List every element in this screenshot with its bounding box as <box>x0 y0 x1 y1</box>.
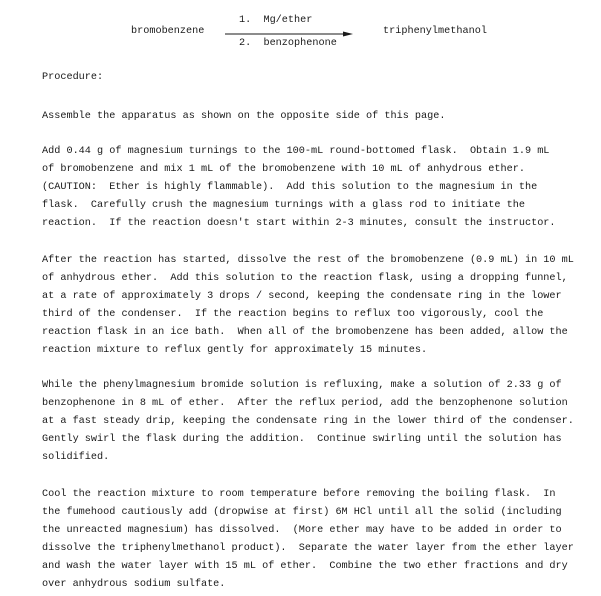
product-label: triphenylmethanol <box>383 26 487 37</box>
text-line: of bromobenzene and mix 1 mL of the brom… <box>42 161 597 179</box>
paragraph-add-magnesium: Add 0.44 g of magnesium turnings to the … <box>42 143 597 233</box>
text-line: Gently swirl the flask during the additi… <box>42 431 597 449</box>
text-line: at a fast steady drip, keeping the conde… <box>42 413 597 431</box>
reagent-step-2: 2. benzophenone <box>239 38 337 49</box>
text-line: the unreacted magnesium) has dissolved. … <box>42 522 597 540</box>
text-line: Add 0.44 g of magnesium turnings to the … <box>42 143 597 161</box>
text-line: reaction mixture to reflux gently for ap… <box>42 342 597 360</box>
reagent-step-1: 1. Mg/ether <box>239 15 312 26</box>
paragraph-assemble: Assemble the apparatus as shown on the o… <box>42 108 597 126</box>
text-line: While the phenylmagnesium bromide soluti… <box>42 377 597 395</box>
procedure-heading: Procedure: <box>42 72 103 83</box>
text-line: After the reaction has started, dissolve… <box>42 252 597 270</box>
text-line: (CAUTION: Ether is highly flammable). Ad… <box>42 179 597 197</box>
paragraph-workup: Cool the reaction mixture to room temper… <box>42 486 597 594</box>
text-line: Cool the reaction mixture to room temper… <box>42 486 597 504</box>
text-line: of anhydrous ether. Add this solution to… <box>42 270 597 288</box>
text-line: benzophenone in 8 mL of ether. After the… <box>42 395 597 413</box>
text-line: third of the condenser. If the reaction … <box>42 306 597 324</box>
text-line: Assemble the apparatus as shown on the o… <box>42 108 597 126</box>
reactant-label: bromobenzene <box>131 26 204 37</box>
reaction-scheme: bromobenzene 1. Mg/ether 2. benzophenone… <box>0 0 601 50</box>
text-line: solidified. <box>42 449 597 467</box>
text-line: the fumehood cautiously add (dropwise at… <box>42 504 597 522</box>
text-line: at a rate of approximately 3 drops / sec… <box>42 288 597 306</box>
paragraph-benzophenone-addition: While the phenylmagnesium bromide soluti… <box>42 377 597 467</box>
text-line: over anhydrous sodium sulfate. <box>42 576 597 594</box>
text-line: dissolve the triphenylmethanol product).… <box>42 540 597 558</box>
paragraph-dissolve-bromobenzene: After the reaction has started, dissolve… <box>42 252 597 360</box>
text-line: and wash the water layer with 15 mL of e… <box>42 558 597 576</box>
right-arrow-icon <box>225 31 353 37</box>
text-line: reaction flask in an ice bath. When all … <box>42 324 597 342</box>
text-line: flask. Carefully crush the magnesium tur… <box>42 197 597 215</box>
text-line: reaction. If the reaction doesn't start … <box>42 215 597 233</box>
